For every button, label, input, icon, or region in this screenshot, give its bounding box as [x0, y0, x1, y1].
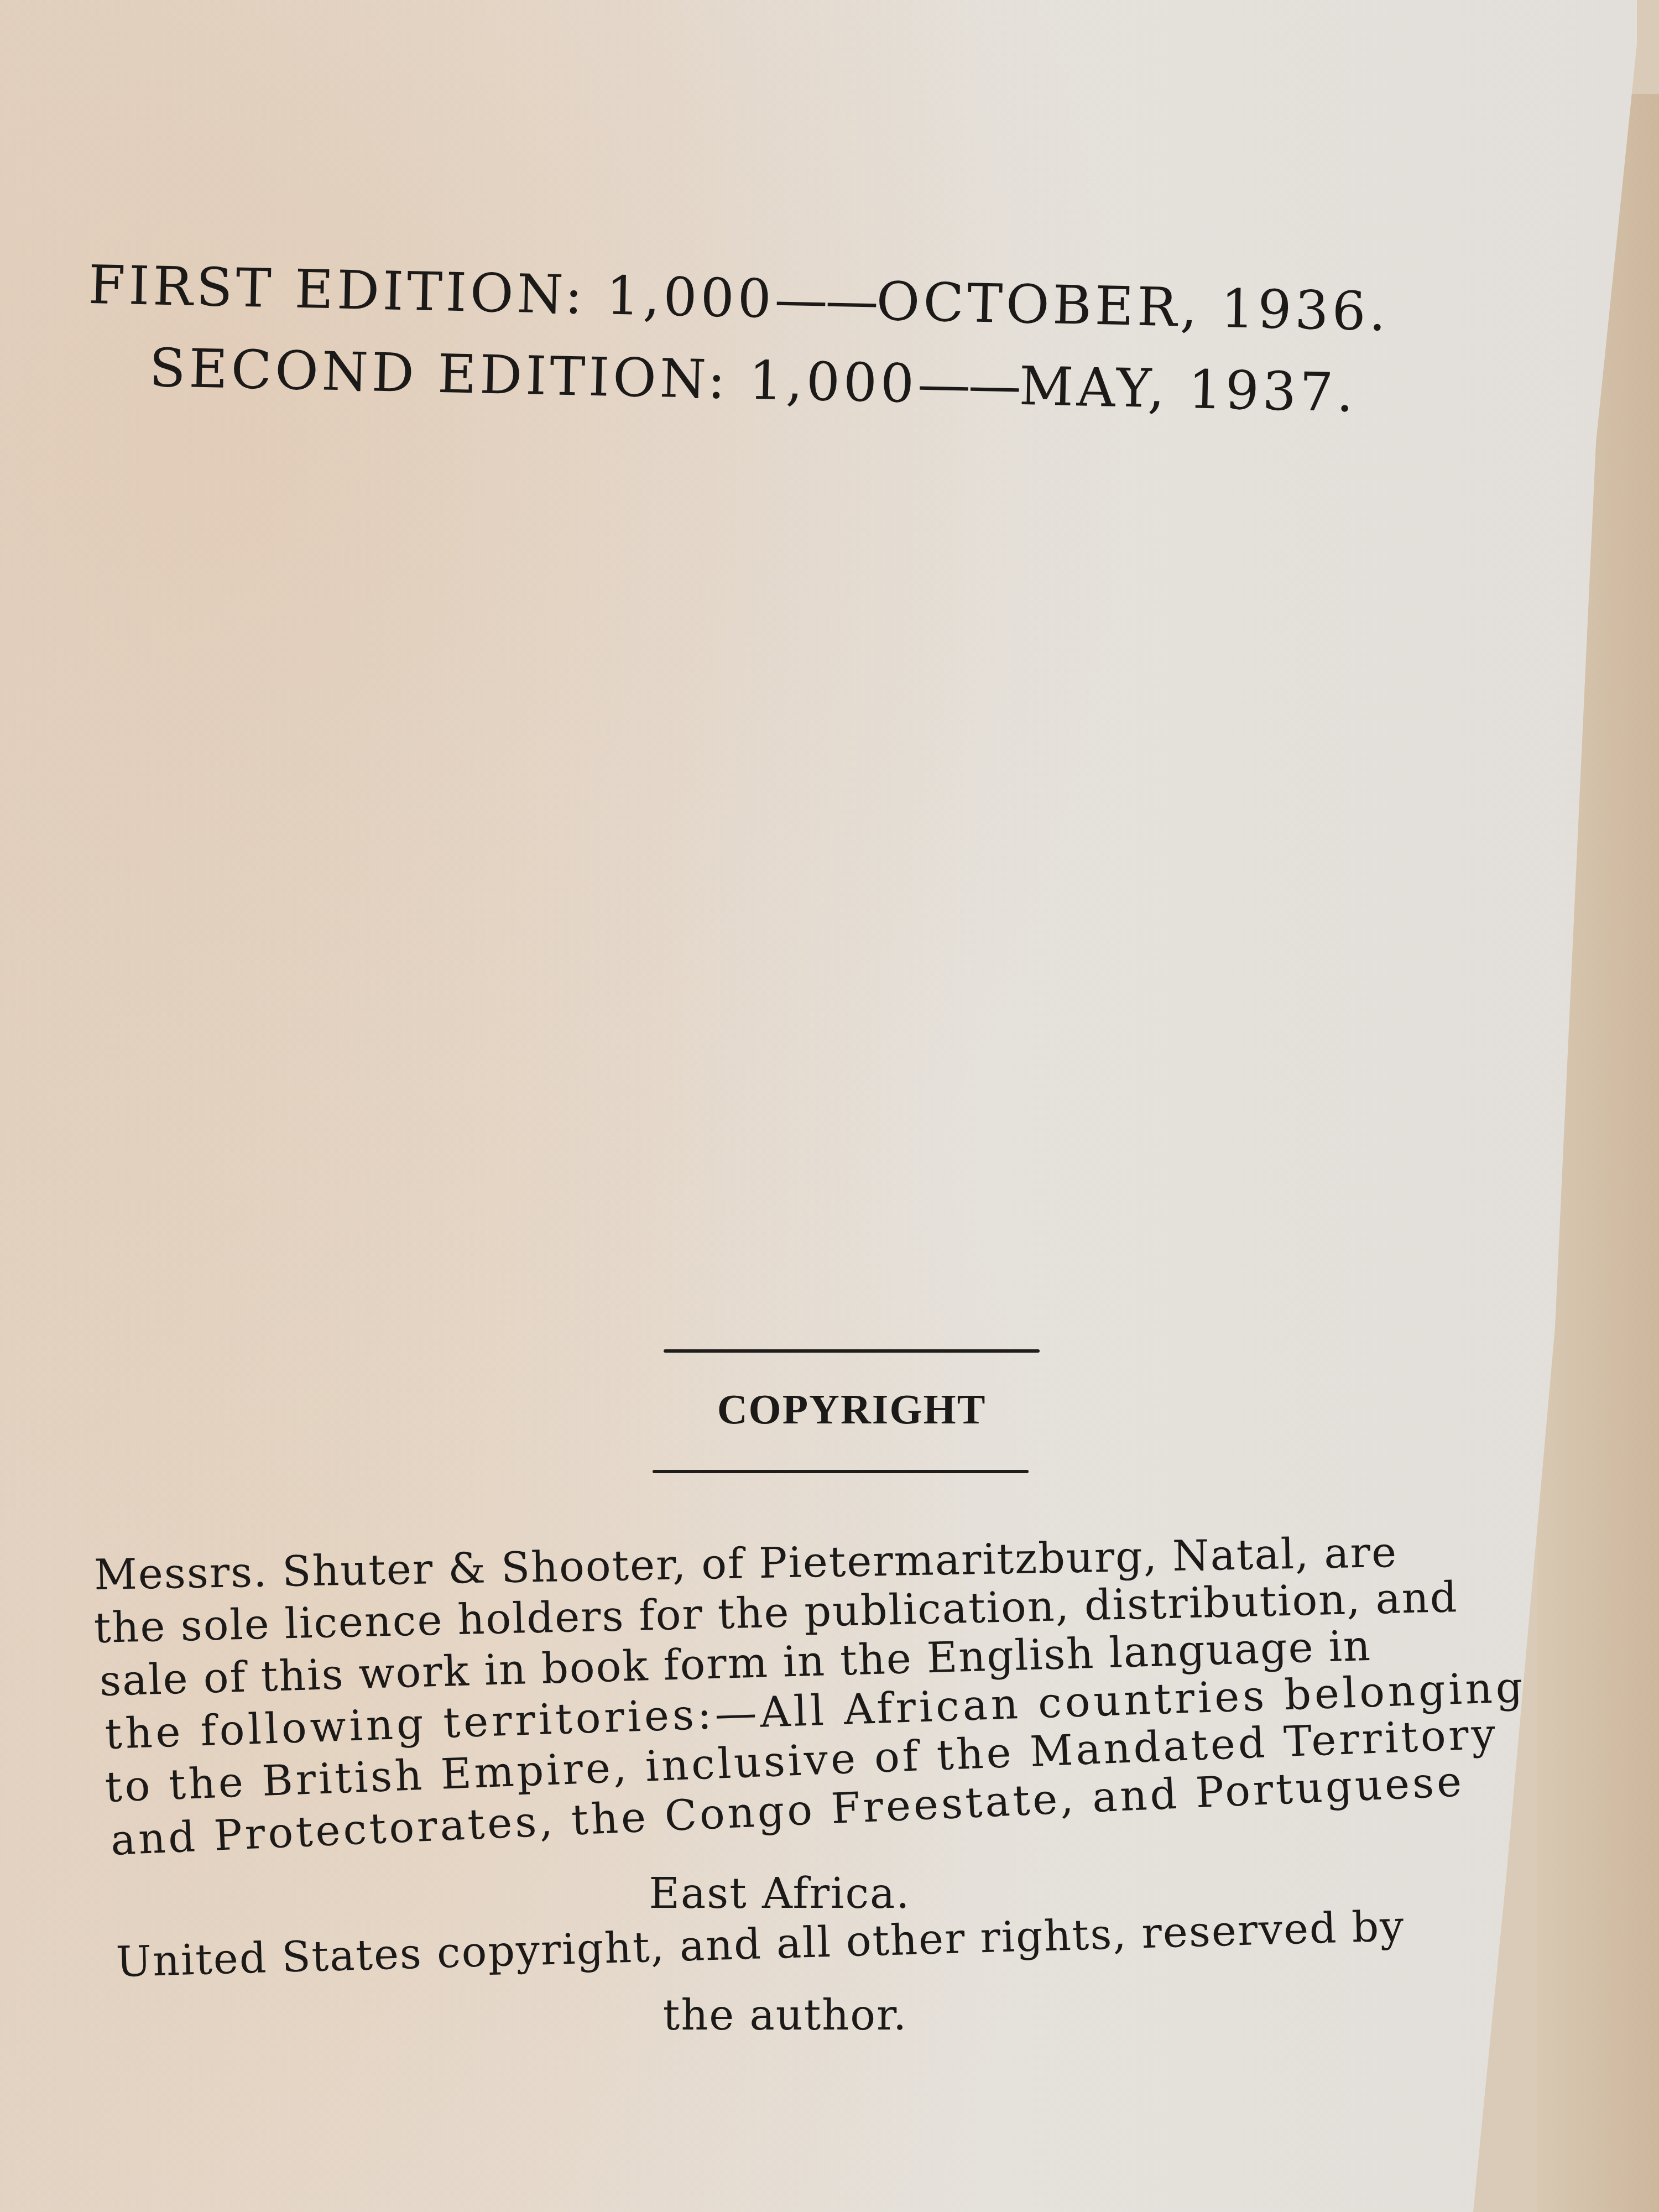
- edition-date: OCTOBER, 1936.: [876, 270, 1390, 343]
- rights-line-2: the author.: [72, 1989, 1499, 2042]
- edition-count: 1,000: [748, 349, 918, 415]
- copyright-heading: COPYRIGHT: [658, 1386, 1045, 1434]
- edition-label: FIRST EDITION:: [88, 254, 587, 326]
- edition-count: 1,000: [606, 265, 775, 330]
- bottom-rule-divider: [653, 1470, 1029, 1473]
- edition-dash: ——: [774, 268, 877, 332]
- rights-statement: United States copyright, and all other r…: [116, 1936, 1499, 2042]
- edition-dash: ——: [917, 353, 1020, 417]
- edition-history: FIRST EDITION: 1,000——OCTOBER, 1936. SEC…: [88, 243, 1526, 409]
- edition-label: SECOND EDITION:: [149, 337, 729, 411]
- top-rule-divider: [664, 1349, 1040, 1353]
- license-paragraph: Messrs. Shuter & Shooter, of Pietermarit…: [94, 1548, 1532, 1920]
- copyright-section: COPYRIGHT: [658, 1349, 1045, 1473]
- edition-date: MAY, 1937.: [1019, 355, 1358, 424]
